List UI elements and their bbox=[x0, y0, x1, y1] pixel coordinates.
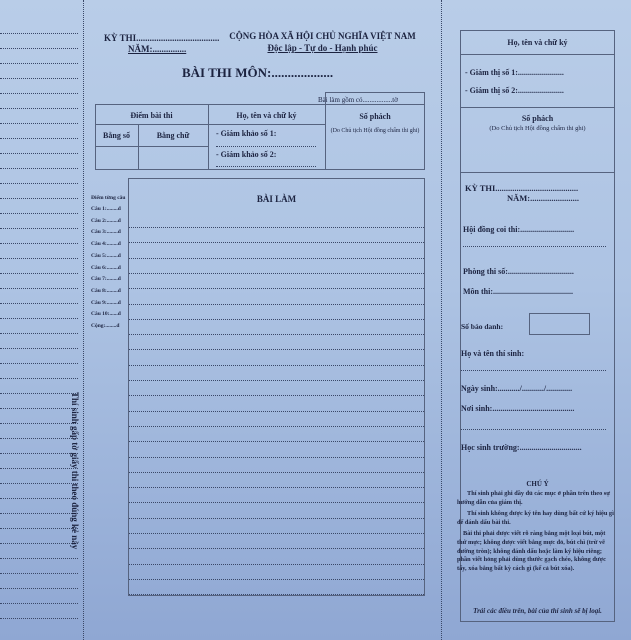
notice-warning: Trái các điều trên, bài của thí sinh sẽ … bbox=[455, 607, 620, 615]
fold-instruction: Thí sinh gấp tờ giấy thi theo đúng kẻ nà… bbox=[70, 392, 80, 549]
answer-line bbox=[129, 380, 424, 381]
stub-code-note: (Do Chủ tịch Hội đồng chấm thi ghi) bbox=[460, 125, 615, 132]
notice-paragraph: Thí sinh phải ghi đầy đủ các mục ở phần … bbox=[457, 490, 615, 507]
notice-paragraph: Thí sinh không được ký tên hay dùng bất … bbox=[457, 510, 615, 527]
writing-line bbox=[0, 198, 78, 199]
writing-line bbox=[0, 423, 78, 424]
notice-title: CHÚ Ý bbox=[460, 480, 615, 488]
answer-line bbox=[129, 487, 424, 488]
writing-line bbox=[0, 273, 78, 274]
answer-line bbox=[129, 518, 424, 519]
year-label: NĂM:............... bbox=[128, 44, 186, 54]
grader-1: - Giám khảo số 1: bbox=[216, 129, 276, 138]
writing-line bbox=[0, 258, 78, 259]
answer-line bbox=[129, 564, 424, 565]
answer-line bbox=[129, 365, 424, 366]
writing-line bbox=[0, 288, 78, 289]
graders-title: Họ, tên và chữ ký bbox=[208, 111, 325, 120]
writing-line bbox=[0, 108, 78, 109]
answer-line bbox=[129, 273, 424, 274]
room-field: Phòng thi số:...........................… bbox=[463, 267, 574, 276]
writing-line bbox=[0, 393, 78, 394]
writing-line bbox=[0, 63, 78, 64]
writing-line bbox=[0, 513, 78, 514]
writing-line bbox=[0, 213, 78, 214]
question-score: Cộng:........đ bbox=[91, 323, 119, 329]
question-score: Câu 9:........đ bbox=[91, 300, 121, 306]
score-number-header: Bằng số bbox=[95, 131, 138, 140]
writing-line bbox=[0, 228, 78, 229]
answer-line bbox=[129, 227, 424, 228]
invigilator-2: - Giám thị số 2:....................... bbox=[465, 86, 564, 95]
subject-title: BÀI THI MÔN:................... bbox=[182, 65, 333, 81]
code-note: (Do Chủ tịch Hội đồng chấm thi ghi) bbox=[325, 128, 425, 134]
writing-line bbox=[0, 483, 78, 484]
stub-year-label: NĂM:....................... bbox=[507, 193, 579, 203]
motto: Độc lập - Tự do - Hạnh phúc bbox=[215, 43, 430, 53]
writing-line bbox=[0, 408, 78, 409]
writing-line bbox=[0, 543, 78, 544]
invigilators-title: Họ, tên và chữ ký bbox=[460, 38, 615, 47]
question-score: Câu 4:........đ bbox=[91, 241, 121, 247]
writing-line bbox=[0, 243, 78, 244]
stub-code-title: Số phách bbox=[460, 114, 615, 123]
candidate-number-box[interactable] bbox=[529, 313, 590, 335]
left-fold-line bbox=[83, 0, 84, 640]
school-field: Học sinh trường:........................… bbox=[461, 443, 582, 452]
answer-line bbox=[129, 441, 424, 442]
writing-line bbox=[0, 123, 78, 124]
writing-line bbox=[0, 183, 78, 184]
answer-line bbox=[129, 472, 424, 473]
writing-line bbox=[0, 378, 78, 379]
question-score: Câu 5:........đ bbox=[91, 253, 121, 259]
writing-line bbox=[0, 168, 78, 169]
answer-line bbox=[129, 426, 424, 427]
question-score: Câu 2:........đ bbox=[91, 218, 121, 224]
writing-line bbox=[0, 153, 78, 154]
question-score: Câu 10:......đ bbox=[91, 311, 121, 317]
question-score: Câu 3:........đ bbox=[91, 229, 121, 235]
writing-line bbox=[0, 528, 78, 529]
writing-line bbox=[0, 138, 78, 139]
answer-title: BÀI LÀM bbox=[128, 194, 425, 204]
code-title: Số phách bbox=[325, 112, 425, 121]
answer-line bbox=[129, 579, 424, 580]
writing-line bbox=[0, 303, 78, 304]
question-score: Câu 8:........đ bbox=[91, 288, 121, 294]
answer-line bbox=[129, 502, 424, 503]
candidate-number-label: Số báo danh: bbox=[461, 322, 503, 331]
answer-line bbox=[129, 594, 424, 595]
notice-body: Thí sinh phải ghi đầy đủ các mục ở phần … bbox=[457, 490, 615, 576]
answer-line bbox=[129, 288, 424, 289]
writing-line bbox=[0, 78, 78, 79]
answer-line bbox=[129, 548, 424, 549]
answer-line bbox=[129, 304, 424, 305]
full-name-label: Họ và tên thí sinh: bbox=[461, 349, 524, 358]
writing-line bbox=[0, 468, 78, 469]
answer-line bbox=[129, 411, 424, 412]
notice-paragraph: Bài thi phải được viết rõ ràng bằng một … bbox=[457, 530, 615, 573]
writing-line bbox=[0, 348, 78, 349]
writing-line bbox=[0, 363, 78, 364]
nation-title: CỘNG HÒA XÃ HỘI CHỦ NGHĨA VIỆT NAM bbox=[215, 31, 430, 41]
grader-2: - Giám khảo số 2: bbox=[216, 150, 276, 159]
answer-line bbox=[129, 533, 424, 534]
writing-line bbox=[0, 498, 78, 499]
score-title: Điểm bài thi bbox=[95, 111, 208, 120]
subject-field: Môn thi:................................… bbox=[463, 287, 573, 296]
writing-line bbox=[0, 93, 78, 94]
writing-line bbox=[0, 618, 78, 619]
question-score: Câu 1:........đ bbox=[91, 206, 121, 212]
stub-exam-label: KỲ THI..................................… bbox=[465, 183, 578, 193]
invigilator-1: - Giám thị số 1:....................... bbox=[465, 68, 564, 77]
per-question-title: Điểm từng câu bbox=[91, 195, 125, 201]
writing-line bbox=[0, 318, 78, 319]
writing-line bbox=[0, 558, 78, 559]
writing-line bbox=[0, 453, 78, 454]
answer-line bbox=[129, 242, 424, 243]
answer-line bbox=[129, 395, 424, 396]
writing-line bbox=[0, 603, 78, 604]
answer-line bbox=[129, 258, 424, 259]
council-field: Hội đồng coi thi:.......................… bbox=[463, 225, 574, 234]
writing-line bbox=[0, 48, 78, 49]
score-words-header: Bằng chữ bbox=[138, 131, 208, 140]
question-score: Câu 7:........đ bbox=[91, 276, 121, 282]
birth-date-field: Ngày sinh:.........../.........../......… bbox=[461, 384, 572, 393]
writing-line bbox=[0, 588, 78, 589]
exam-label: KỲ THI..................................… bbox=[104, 33, 219, 43]
birth-place-field: Nơi sinh:...............................… bbox=[461, 404, 574, 413]
writing-line bbox=[0, 33, 78, 34]
writing-line bbox=[0, 573, 78, 574]
answer-line bbox=[129, 457, 424, 458]
answer-line bbox=[129, 349, 424, 350]
question-score: Câu 6:........đ bbox=[91, 265, 121, 271]
writing-line bbox=[0, 333, 78, 334]
stub-fold-line bbox=[441, 0, 442, 640]
writing-line bbox=[0, 438, 78, 439]
answer-line bbox=[129, 319, 424, 320]
answer-line bbox=[129, 334, 424, 335]
